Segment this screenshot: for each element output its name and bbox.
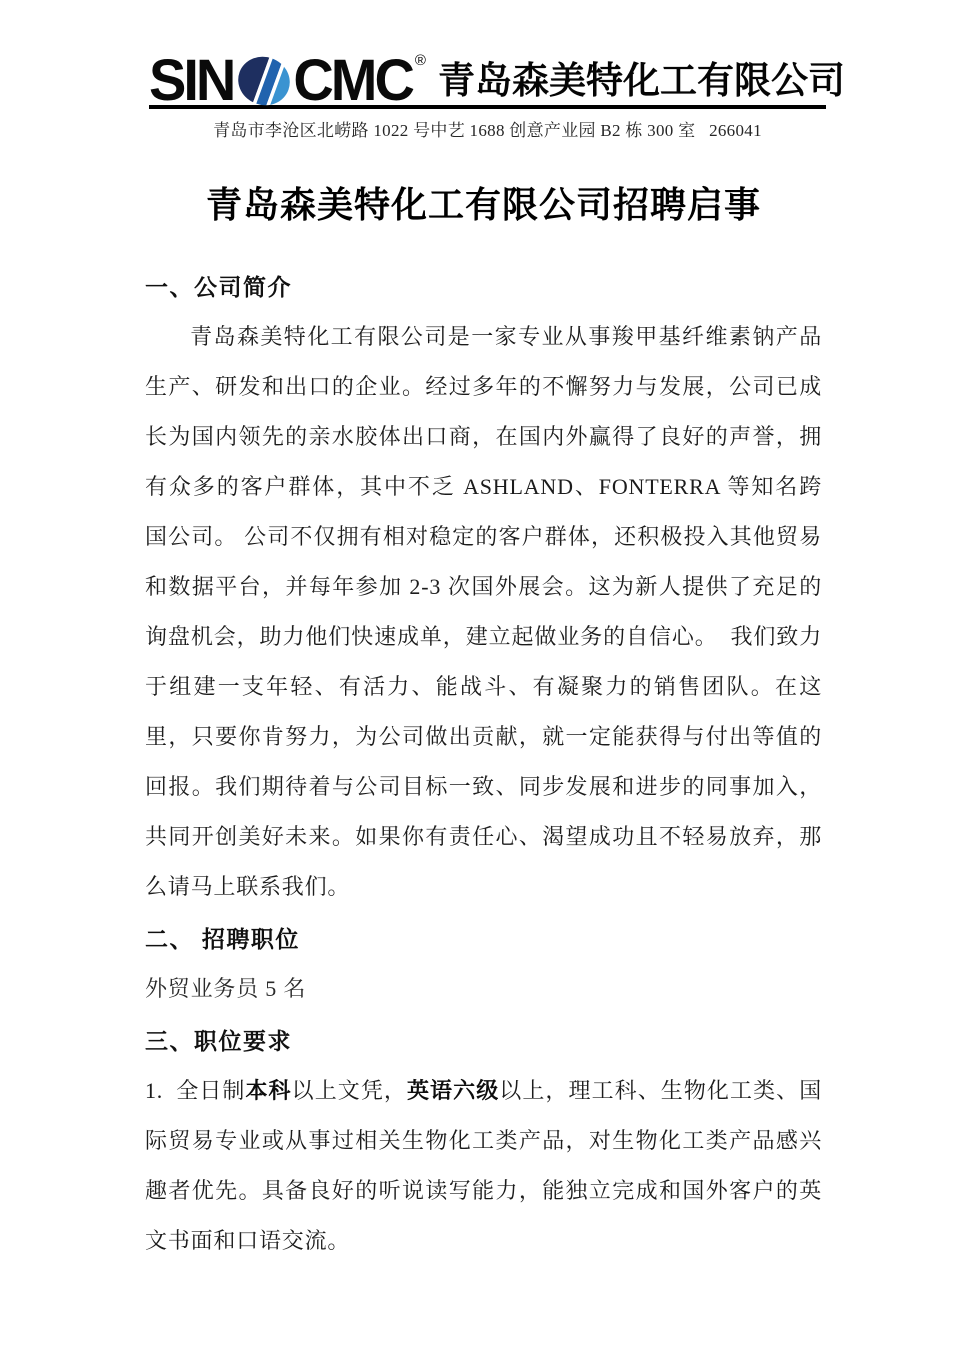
company-name: 青岛森美特化工有限公司 — [438, 63, 845, 100]
document-title: 青岛森美特化工有限公司招聘启事 — [145, 185, 822, 226]
page: SIN CMC ® 青岛森美特化工有限公司 青岛市李沧区北崂路 1022 号中艺… — [0, 0, 960, 1358]
section-intro-heading: 一、公司简介 — [145, 262, 822, 312]
logo-cmc-text: CMC — [293, 56, 412, 104]
section-requirements-heading: 三、职位要求 — [145, 1016, 822, 1066]
logo-sin-text: SIN — [149, 56, 233, 104]
section-positions-heading: 二、 招聘职位 — [145, 914, 822, 964]
position-line: 外贸业务员 5 名 — [145, 964, 822, 1014]
intro-paragraph: 青岛森美特化工有限公司是一家专业从事羧甲基纤维素钠产品生产、研发和出口的企业。经… — [145, 312, 822, 912]
company-logo: SIN CMC ® — [149, 56, 426, 104]
requirement-1-mid-text: 以上文凭， — [292, 1078, 407, 1103]
document-body: 一、公司简介 青岛森美特化工有限公司是一家专业从事羧甲基纤维素钠产品生产、研发和… — [145, 262, 822, 1266]
requirement-1-pre-text: 1. 全日制 — [145, 1078, 245, 1103]
company-address: 青岛市李沧区北崂路 1022 号中艺 1688 创意产业园 B2 栋 300 室… — [149, 116, 826, 141]
requirement-1-english-bold: 英语六级 — [407, 1078, 499, 1103]
requirement-1-degree-bold: 本科 — [245, 1078, 291, 1103]
requirement-item-1: 1. 全日制本科以上文凭，英语六级以上，理工科、生物化工类、国际贸易专业或从事过… — [145, 1066, 822, 1266]
letterhead: SIN CMC ® 青岛森美特化工有限公司 — [149, 56, 826, 109]
requirement-1-post-text: 以上，理工科、生物化工类、国际贸易专业或从事过相关生物化工类产品，对生物化工类产… — [145, 1078, 822, 1253]
registered-trademark-icon: ® — [415, 52, 426, 69]
globe-icon — [237, 56, 291, 106]
